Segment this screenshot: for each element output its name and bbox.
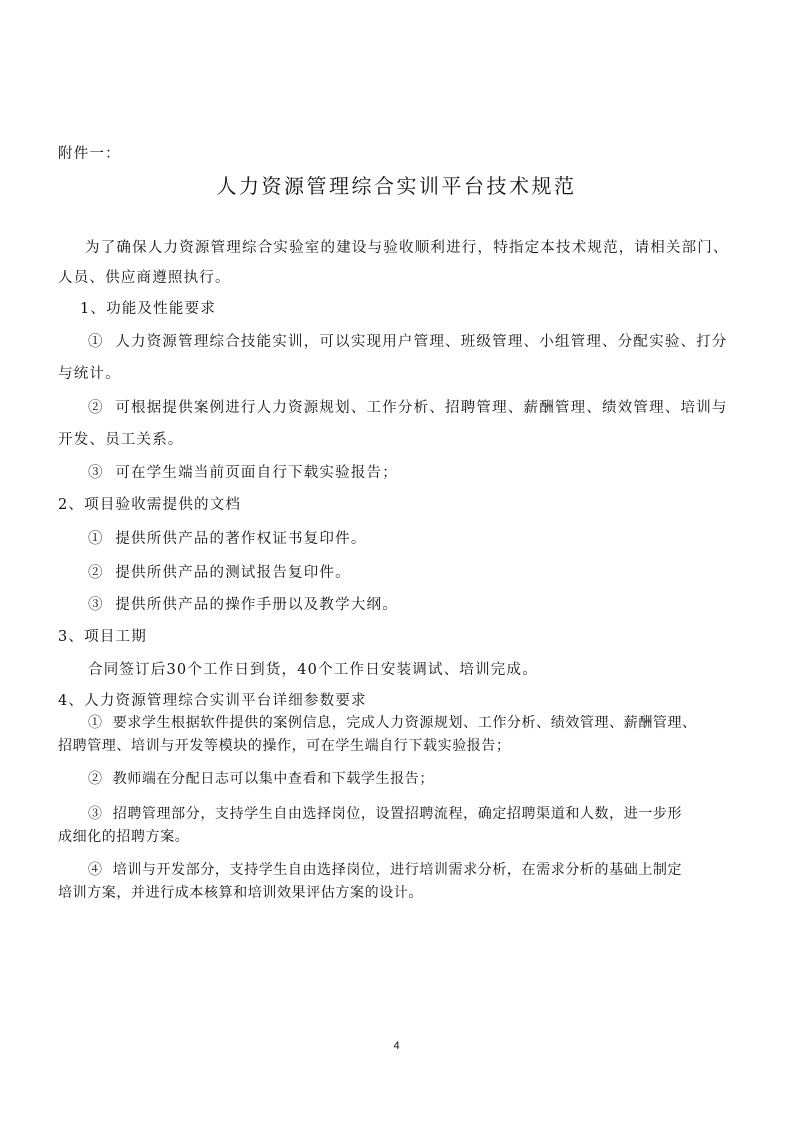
intro-line-1: 为了确保人力资源管理综合实验室的建设与验收顺利进行，特指定本技术规范，请相关部门… (85, 236, 729, 257)
item-marker: ③ (88, 597, 104, 613)
item-marker: ③ (88, 465, 104, 481)
item-marker: ② (88, 565, 104, 581)
item-marker: ④ (88, 862, 103, 878)
document-title: 人力资源管理综合实训平台技术规范 (0, 170, 793, 199)
section-heading: 4、人力资源管理综合实训平台详细参数要求 (58, 689, 367, 710)
item-text: 招聘管理部分，支持学生自由选择岗位，设置招聘流程，确定招聘渠道和人数，进一步形 (113, 806, 682, 822)
item-marker: ① (88, 715, 103, 731)
attachment-label: 附件一： (58, 142, 121, 163)
page-number: 4 (0, 1040, 793, 1052)
item-continuation: 开发、员工关系。 (58, 428, 184, 449)
item-text: 可在学生端当前页面自行下载实验报告； (115, 465, 398, 481)
item-text: 要求学生根据软件提供的案例信息，完成人力资源规划、工作分析、绩效管理、薪酬管理、 (113, 715, 697, 731)
list-item: ② 教师端在分配日志可以集中查看和下载学生报告； (88, 768, 434, 788)
list-item: ② 可根据提供案例进行人力资源规划、工作分析、招聘管理、薪酬管理、绩效管理、培训… (88, 396, 728, 417)
list-item: ① 人力资源管理综合技能实训，可以实现用户管理、班级管理、小组管理、分配实验、打… (88, 330, 728, 351)
item-marker: ② (88, 771, 103, 787)
item-continuation: 培训方案，并进行成本核算和培训效果评估方案的设计。 (58, 882, 423, 902)
section-heading: 2、项目验收需提供的文档 (58, 493, 241, 514)
list-item: ① 提供所供产品的著作权证书复印件。 (88, 527, 367, 548)
item-text: 提供所供产品的著作权证书复印件。 (115, 531, 366, 547)
item-marker: ③ (88, 806, 103, 822)
item-continuation: 与统计。 (58, 362, 121, 383)
item-text: 教师端在分配日志可以集中查看和下载学生报告； (113, 771, 434, 787)
item-text: 人力资源管理综合技能实训，可以实现用户管理、班级管理、小组管理、分配实验、打分 (115, 334, 727, 350)
item-text: 提供所供产品的测试报告复印件。 (115, 565, 351, 581)
item-marker: ① (88, 334, 104, 350)
list-item: ③ 招聘管理部分，支持学生自由选择岗位，设置招聘流程，确定招聘渠道和人数，进一步… (88, 803, 682, 823)
item-marker: ② (88, 400, 104, 416)
item-text: 培训与开发部分，支持学生自由选择岗位，进行培训需求分析，在需求分析的基础上制定 (113, 862, 682, 878)
item-continuation: 成细化的招聘方案。 (58, 826, 189, 846)
list-item: ① 要求学生根据软件提供的案例信息，完成人力资源规划、工作分析、绩效管理、薪酬管… (88, 712, 697, 732)
item-text: 可根据提供案例进行人力资源规划、工作分析、招聘管理、薪酬管理、绩效管理、培训与 (115, 400, 727, 416)
section-heading: 3、项目工期 (58, 625, 147, 646)
section-body: 合同签订后30个工作日到货，40个工作日安装调试、培训完成。 (88, 658, 538, 679)
item-marker: ① (88, 531, 104, 547)
list-item: ④ 培训与开发部分，支持学生自由选择岗位，进行培训需求分析，在需求分析的基础上制… (88, 859, 682, 879)
list-item: ③ 提供所供产品的操作手册以及教学大纲。 (88, 593, 398, 614)
intro-line-2: 人员、供应商遵照执行。 (58, 266, 231, 287)
list-item: ③ 可在学生端当前页面自行下载实验报告； (88, 461, 398, 482)
item-text: 提供所供产品的操作手册以及教学大纲。 (115, 597, 398, 613)
section-heading: 1、功能及性能要求 (80, 297, 216, 318)
list-item: ② 提供所供产品的测试报告复印件。 (88, 561, 351, 582)
item-continuation: 招聘管理、培训与开发等模块的操作，可在学生端自行下载实验报告； (58, 735, 511, 755)
